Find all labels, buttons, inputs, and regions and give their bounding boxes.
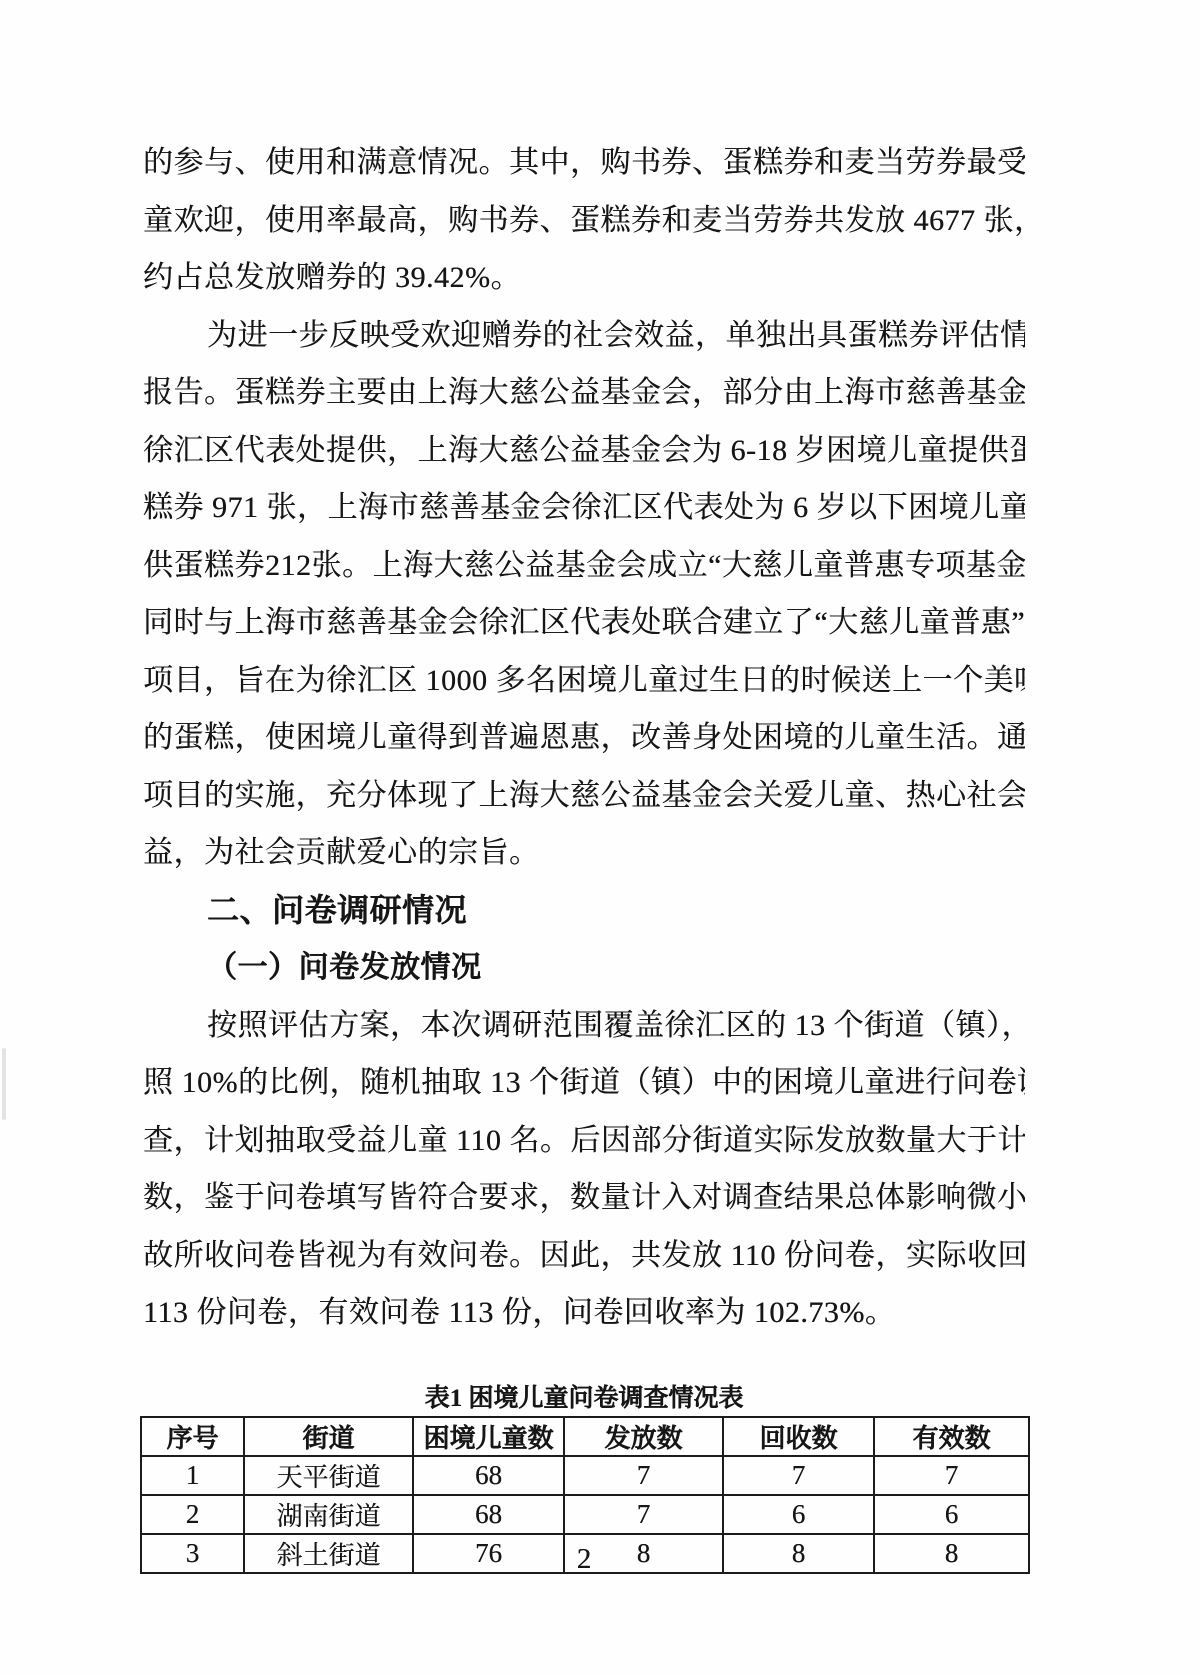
body-text-line: 项目的实施，充分体现了上海大慈公益基金会关爱儿童、热心社会公 [143, 767, 1025, 825]
table-row: 1天平街道68777 [141, 1456, 1029, 1495]
table-cell: 7 [874, 1456, 1029, 1495]
table-row: 2湖南街道68766 [141, 1495, 1029, 1534]
body-text-line: 查，计划抽取受益儿童 110 名。后因部分街道实际发放数量大于计划 [143, 1112, 1025, 1170]
body-text-line: 糕券 971 张，上海市慈善基金会徐汇区代表处为 6 岁以下困境儿童提 [143, 479, 1025, 537]
table-cell: 68 [413, 1456, 564, 1495]
body-text-line: 113 份问卷，有效问卷 113 份，问卷回收率为 102.73%。 [143, 1284, 1025, 1342]
table-cell: 湖南街道 [244, 1495, 413, 1534]
table-cell: 7 [564, 1456, 723, 1495]
table-cell: 2 [141, 1495, 244, 1534]
table-cell: 6 [723, 1495, 874, 1534]
body-text-line: 故所收问卷皆视为有效问卷。因此，共发放 110 份问卷，实际收回 [143, 1227, 1025, 1285]
table-header-cell: 困境儿童数 [413, 1417, 564, 1456]
body-text-line: 照 10%的比例，随机抽取 13 个街道（镇）中的困境儿童进行问卷调 [143, 1054, 1025, 1112]
body-text-line: 的参与、使用和满意情况。其中，购书券、蛋糕券和麦当劳券最受儿 [143, 134, 1025, 192]
table-cell: 7 [564, 1495, 723, 1534]
table-header-cell: 街道 [244, 1417, 413, 1456]
table-header-cell: 回收数 [723, 1417, 874, 1456]
table-cell: 6 [874, 1495, 1029, 1534]
body-text-line: 同时与上海市慈善基金会徐汇区代表处联合建立了“大慈儿童普惠” [143, 594, 1025, 652]
table-cell: 1 [141, 1456, 244, 1495]
page-number: 2 [140, 1543, 1028, 1576]
body-text-line: 徐汇区代表处提供，上海大慈公益基金会为 6-18 岁困境儿童提供蛋 [143, 422, 1025, 480]
table-cell: 7 [723, 1456, 874, 1495]
subsection-heading: （一）问卷发放情况 [143, 939, 1025, 997]
body-text-line: 益，为社会贡献爱心的宗旨。 [143, 824, 1025, 882]
table-caption: 表1 困境儿童问卷调查情况表 [140, 1378, 1028, 1414]
body-text-line: 报告。蛋糕券主要由上海大慈公益基金会，部分由上海市慈善基金会 [143, 364, 1025, 422]
body-text-line: 为进一步反映受欢迎赠券的社会效益，单独出具蛋糕券评估情况 [143, 307, 1025, 365]
body-text-line: 童欢迎，使用率最高，购书券、蛋糕券和麦当劳券共发放 4677 张， [143, 192, 1025, 250]
body-text-line: 按照评估方案，本次调研范围覆盖徐汇区的 13 个街道（镇），按 [143, 997, 1025, 1055]
body-text-line: 项目，旨在为徐汇区 1000 多名困境儿童过生日的时候送上一个美味 [143, 652, 1025, 710]
table-header-cell: 发放数 [564, 1417, 723, 1456]
table-header-cell: 有效数 [874, 1417, 1029, 1456]
document-page: 的参与、使用和满意情况。其中，购书券、蛋糕券和麦当劳券最受儿童欢迎，使用率最高，… [0, 0, 1200, 1675]
body-text-line: 数，鉴于问卷填写皆符合要求，数量计入对调查结果总体影响微小， [143, 1169, 1025, 1227]
table-header-row: 序号街道困境儿童数发放数回收数有效数 [141, 1417, 1029, 1456]
table-cell: 68 [413, 1495, 564, 1534]
table-header-cell: 序号 [141, 1417, 244, 1456]
table-cell: 天平街道 [244, 1456, 413, 1495]
body-text-line: 供蛋糕券212张。上海大慈公益基金会成立“大慈儿童普惠专项基金”， [143, 537, 1025, 595]
document-body: 的参与、使用和满意情况。其中，购书券、蛋糕券和麦当劳券最受儿童欢迎，使用率最高，… [143, 134, 1025, 1342]
body-text-line: 的蛋糕，使困境儿童得到普遍恩惠，改善身处困境的儿童生活。通过 [143, 709, 1025, 767]
section-heading: 二、问卷调研情况 [143, 882, 1025, 940]
body-text-line: 约占总发放赠券的 39.42%。 [143, 249, 1025, 307]
scan-artifact [2, 1048, 6, 1120]
